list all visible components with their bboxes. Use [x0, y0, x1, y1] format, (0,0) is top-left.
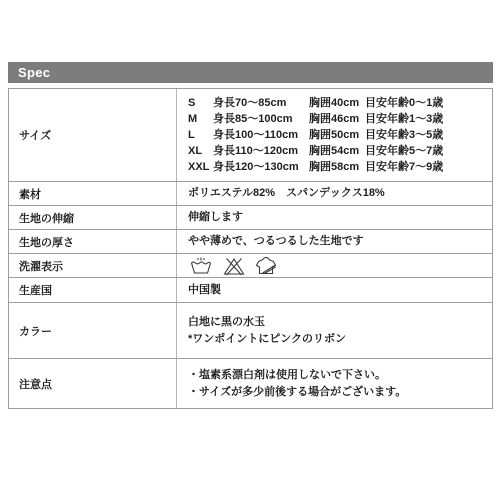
row-label-notes: 注意点 [9, 359, 177, 408]
row-value-stretch: 伸縮します [177, 206, 492, 229]
size-name: L [188, 127, 213, 143]
size-name: M [188, 111, 213, 127]
spec-row-country: 生産国 中国製 [9, 278, 492, 303]
row-value-color: 白地に黒の水玉 *ワンポイントにピンクのリボン [177, 303, 492, 358]
row-value-country: 中国製 [177, 278, 492, 302]
size-name: XXL [188, 159, 213, 175]
size-height: 身長100〜110cm [213, 127, 309, 143]
garment-wring-icon [254, 256, 278, 276]
spec-row-thickness: 生地の厚さ やや薄めで、つるつるした生地です [9, 230, 492, 254]
size-age: 目安年齢0〜1歳 [365, 95, 492, 111]
size-height: 身長110〜120cm [213, 143, 309, 159]
size-height: 身長85〜100cm [213, 111, 309, 127]
size-chest: 胸囲58cm [309, 159, 365, 175]
spec-row-washing: 洗濯表示 [9, 254, 492, 278]
size-height: 身長70〜85cm [213, 95, 309, 111]
spec-title: Spec [18, 65, 50, 80]
spec-row-stretch: 生地の伸縮 伸縮します [9, 206, 492, 230]
note-line-1: ・塩素系漂白剤は使用しないで下さい。 [188, 367, 492, 384]
spec-row-color: カラー 白地に黒の水玉 *ワンポイントにピンクのリボン [9, 303, 492, 359]
size-line-l: L 身長100〜110cm 胸囲50cm 目安年齢3〜5歳 [188, 127, 492, 143]
handwash-tub-icon [188, 256, 214, 276]
washing-icons [188, 256, 492, 276]
row-label-material: 素材 [9, 182, 177, 205]
spec-row-notes: 注意点 ・塩素系漂白剤は使用しないで下さい。 ・サイズが多少前後する場合がござい… [9, 359, 492, 408]
size-age: 目安年齢1〜3歳 [365, 111, 492, 127]
color-line-2: *ワンポイントにピンクのリボン [188, 331, 492, 348]
note-line-2: ・サイズが多少前後する場合がございます。 [188, 384, 492, 401]
row-value-washing [177, 254, 492, 277]
size-line-xl: XL 身長110〜120cm 胸囲54cm 目安年齢5〜7歳 [188, 143, 492, 159]
size-height: 身長120〜130cm [213, 159, 309, 175]
spec-table: Spec サイズ S 身長70〜85cm 胸囲40cm 目安年齢0〜1歳 M 身… [8, 62, 493, 409]
size-age: 目安年齢3〜5歳 [365, 127, 492, 143]
size-chest: 胸囲46cm [309, 111, 365, 127]
size-line-s: S 身長70〜85cm 胸囲40cm 目安年齢0〜1歳 [188, 95, 492, 111]
row-label-thickness: 生地の厚さ [9, 230, 177, 253]
spec-body: サイズ S 身長70〜85cm 胸囲40cm 目安年齢0〜1歳 M 身長85〜1… [8, 88, 493, 409]
no-chlorine-bleach-icon [223, 256, 245, 276]
size-chart: S 身長70〜85cm 胸囲40cm 目安年齢0〜1歳 M 身長85〜100cm… [177, 89, 492, 181]
product-spec-page: Spec サイズ S 身長70〜85cm 胸囲40cm 目安年齢0〜1歳 M 身… [0, 0, 500, 500]
size-chest: 胸囲50cm [309, 127, 365, 143]
row-label-stretch: 生地の伸縮 [9, 206, 177, 229]
size-line-m: M 身長85〜100cm 胸囲46cm 目安年齢1〜3歳 [188, 111, 492, 127]
row-value-thickness: やや薄めで、つるつるした生地です [177, 230, 492, 253]
size-chest: 胸囲40cm [309, 95, 365, 111]
row-label-country: 生産国 [9, 278, 177, 302]
row-label-washing: 洗濯表示 [9, 254, 177, 277]
row-value-material: ポリエステル82% スパンデックス18% [177, 182, 492, 205]
row-label-color: カラー [9, 303, 177, 358]
size-name: S [188, 95, 213, 111]
color-line-1: 白地に黒の水玉 [188, 314, 492, 331]
size-age: 目安年齢7〜9歳 [365, 159, 492, 175]
row-label-size: サイズ [9, 89, 177, 181]
size-age: 目安年齢5〜7歳 [365, 143, 492, 159]
spec-row-size: サイズ S 身長70〜85cm 胸囲40cm 目安年齢0〜1歳 M 身長85〜1… [9, 89, 492, 182]
spec-header: Spec [8, 62, 493, 83]
row-value-notes: ・塩素系漂白剤は使用しないで下さい。 ・サイズが多少前後する場合がございます。 [177, 359, 492, 408]
spec-row-material: 素材 ポリエステル82% スパンデックス18% [9, 182, 492, 206]
size-line-xxl: XXL 身長120〜130cm 胸囲58cm 目安年齢7〜9歳 [188, 159, 492, 175]
size-chest: 胸囲54cm [309, 143, 365, 159]
size-name: XL [188, 143, 213, 159]
